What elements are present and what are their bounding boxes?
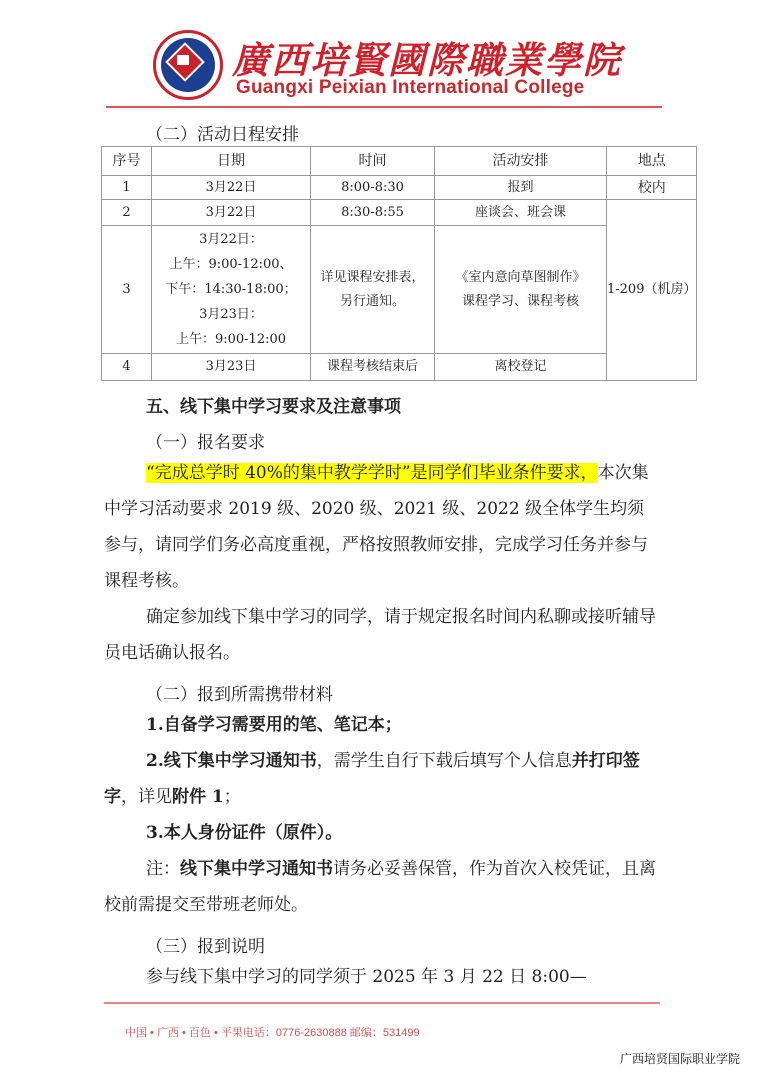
cell-date: 3月22日 (152, 200, 311, 226)
activity-line: 《室内意向草图制作》 (435, 266, 606, 290)
header-cell-place: 地点 (607, 147, 697, 176)
cell-time-multiline: 详见课程安排表， 另行通知。 (311, 226, 435, 354)
table-header-row: 序号 日期 时间 活动安排 地点 (102, 147, 697, 176)
footer-watermark: 广西培贤国际职业学院 (620, 1050, 740, 1067)
registration-heading: （一）报名要求 (146, 428, 265, 453)
cell-activity: 离校登记 (435, 354, 607, 381)
item2-end: ； (224, 787, 241, 807)
cell-time: 8:00-8:30 (311, 176, 435, 200)
item2-text: ，需学生自行下载后填写个人信息 (317, 751, 572, 771)
header-divider (106, 106, 662, 108)
cell-no: 2 (102, 200, 152, 226)
cell-date: 3月22日 (152, 176, 311, 200)
header-cell-date: 日期 (152, 147, 311, 176)
table-row: 1 3月22日 8:00-8:30 报到 校内 (102, 176, 697, 200)
cell-activity: 报到 (435, 176, 607, 200)
college-name-cn: 廣西培賢國際職業學院 (232, 30, 622, 84)
book-icon (177, 55, 189, 65)
note-paragraph: 注：线下集中学习通知书请务必妥善保管，作为首次入校凭证，且离校前需提交至带班老师… (104, 851, 660, 923)
date-line: 上午：9:00-12:00、 (152, 252, 310, 277)
notice-doc-label: 2.线下集中学习通知书 (146, 751, 317, 771)
header-cell-no: 序号 (102, 147, 152, 176)
header-cell-activity: 活动安排 (435, 147, 607, 176)
cell-time: 8:30-8:55 (311, 200, 435, 226)
cell-place: 校内 (607, 176, 697, 200)
table-row: 2 3月22日 8:30-8:55 座谈会、班会课 1-209（机房） (102, 200, 697, 226)
check-in-heading: （三）报到说明 (146, 932, 265, 957)
activity-line: 课程学习、课程考核 (435, 290, 606, 314)
time-line: 另行通知。 (311, 290, 434, 314)
date-line: 3月22日： (152, 227, 310, 252)
footer-divider (104, 1002, 660, 1004)
schedule-heading: （二）活动日程安排 (146, 120, 299, 145)
cell-time: 课程考核结束后 (311, 354, 435, 381)
header-cell-time: 时间 (311, 147, 435, 176)
date-line: 上午：9:00-12:00 (152, 327, 310, 352)
cell-date-multiline: 3月22日： 上午：9:00-12:00、 下午：14:30-18:00； 3月… (152, 226, 311, 354)
date-line: 下午：14:30-18:00； (152, 277, 310, 302)
item2-see: ，详见 (121, 787, 172, 807)
cell-place-merged: 1-209（机房） (607, 200, 697, 381)
time-line: 详见课程安排表， (311, 266, 434, 290)
cell-activity-multiline: 《室内意向草图制作》 课程学习、课程考核 (435, 226, 607, 354)
cell-no: 3 (102, 226, 152, 354)
college-logo (153, 30, 223, 100)
cell-date: 3月23日 (152, 354, 311, 381)
note-doc-label: 线下集中学习通知书 (180, 859, 333, 879)
section-five-heading: 五、线下集中学习要求及注意事项 (146, 392, 401, 417)
attachment-label: 附件 1 (172, 787, 224, 807)
cell-no: 4 (102, 354, 152, 381)
registration-paragraph: “完成总学时 40%的集中教学学时”是同学们毕业条件要求，本次集中学习活动要求 … (104, 455, 660, 599)
cell-no: 1 (102, 176, 152, 200)
college-name-en: Guangxi Peixian International College (236, 77, 584, 99)
date-line: 3月23日： (152, 302, 310, 327)
material-item-3: 3.本人身份证件（原件）。 (104, 815, 660, 851)
confirm-paragraph: 确定参加线下集中学习的同学，请于规定报名时间内私聊或接听辅导员电话确认报名。 (104, 599, 660, 671)
footer-contact: 中国 • 广西 • 百色 • 平果电话：0776-2630888 邮编：5314… (125, 1024, 420, 1040)
highlighted-requirement: “完成总学时 40%的集中教学学时”是同学们毕业条件要求， (146, 463, 598, 483)
check-in-paragraph: 参与线下集中学习的同学须于 2025 年 3 月 22 日 8:00— (104, 959, 660, 995)
material-item-1: 1.自备学习需要用的笔、笔记本； (104, 707, 660, 743)
cell-activity: 座谈会、班会课 (435, 200, 607, 226)
material-item-2: 2.线下集中学习通知书，需学生自行下载后填写个人信息并打印签字，详见附件 1； (104, 743, 660, 815)
note-prefix: 注： (146, 859, 180, 879)
schedule-table: 序号 日期 时间 活动安排 地点 1 3月22日 8:00-8:30 报到 校内… (101, 146, 697, 381)
materials-heading: （二）报到所需携带材料 (146, 680, 333, 705)
